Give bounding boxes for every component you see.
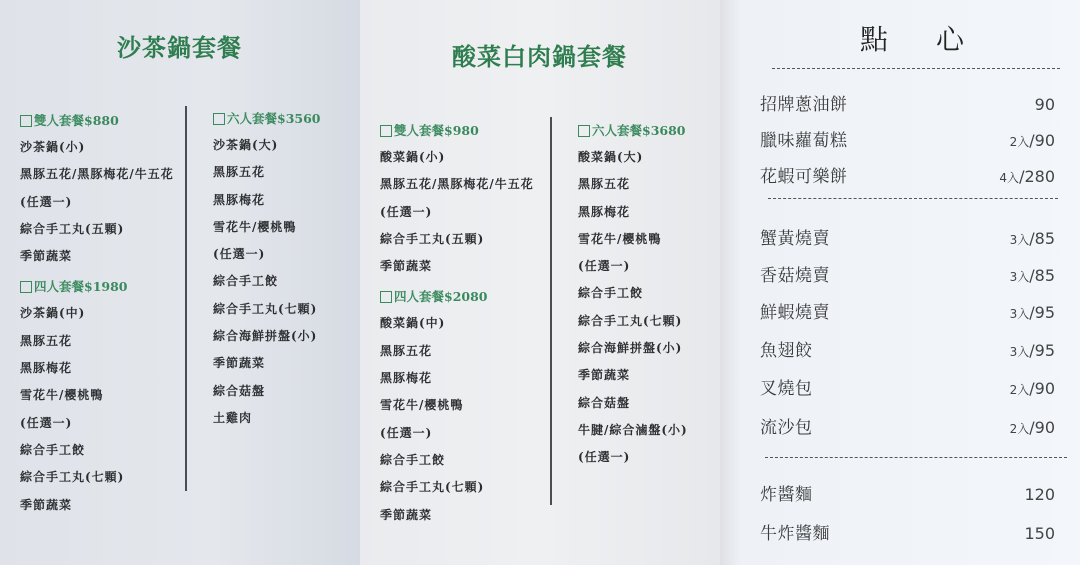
column-divider	[550, 117, 552, 505]
menu-item: 酸菜鍋(小)	[380, 144, 534, 171]
menu-item: 綜合手工丸(七顆)	[380, 474, 534, 501]
menu-item: 黑豚五花/黑豚梅花/牛五花	[380, 171, 534, 198]
menu-panel-sauerkraut-hotpot: 酸菜白肉鍋套餐 雙人套餐$980 酸菜鍋(小) 黑豚五花/黑豚梅花/牛五花 (任…	[360, 0, 720, 565]
menu-item: (任選一)	[213, 241, 321, 268]
panel-title: 點心	[860, 18, 1012, 58]
menu-item: 綜合菇盤	[213, 378, 321, 405]
menu-item: 土雞肉	[213, 405, 321, 432]
right-column: 六人套餐$3560 沙茶鍋(大) 黑豚五花 黑豚梅花 雪花牛/櫻桃鴨 (任選一)…	[213, 106, 321, 432]
menu-item: 魚翅餃 3入/95	[760, 336, 1055, 361]
menu-item: 花蝦可樂餅 4入/280	[760, 162, 1055, 187]
right-column: 六人套餐$3680 酸菜鍋(大) 黑豚五花 黑豚梅花 雪花牛/櫻桃鴨 (任選一)…	[578, 118, 688, 472]
menu-item: 黑豚梅花	[20, 355, 174, 382]
menu-item: 臘味蘿蔔糕 2入/90	[760, 126, 1055, 151]
menu-item: 流沙包 2入/90	[760, 413, 1055, 438]
menu-item: 黑豚五花	[213, 159, 321, 186]
menu-item: 黑豚梅花	[380, 365, 534, 392]
menu-item: 黑豚五花/黑豚梅花/牛五花	[20, 161, 174, 188]
left-column: 雙人套餐$880 沙茶鍋(小) 黑豚五花/黑豚梅花/牛五花 (任選一) 綜合手工…	[20, 108, 174, 519]
menu-item: 牛腱/綜合滷盤(小)	[578, 417, 688, 444]
menu-item: 季節蔬菜	[578, 362, 688, 389]
menu-item: 酸菜鍋(中)	[380, 310, 534, 337]
column-divider	[185, 106, 187, 491]
menu-item: 季節蔬菜	[380, 502, 534, 529]
menu-item: 綜合手工餃	[20, 437, 174, 464]
menu-item: 黑豚五花	[578, 171, 688, 198]
set-header-4p: 四人套餐$1980	[20, 274, 174, 300]
dashed-divider	[765, 457, 1067, 458]
panel-title: 酸菜白肉鍋套餐	[452, 37, 627, 72]
dashed-divider	[768, 198, 1058, 199]
dashed-divider	[772, 68, 1060, 69]
menu-item: (任選一)	[578, 253, 688, 280]
menu-item: 季節蔬菜	[380, 253, 534, 280]
menu-item: 牛炸醬麵 150	[760, 519, 1055, 544]
menu-item: 鮮蝦燒賣 3入/95	[760, 298, 1055, 323]
menu-item: 沙茶鍋(小)	[20, 134, 174, 161]
menu-item: 季節蔬菜	[20, 243, 174, 270]
menu-item: 綜合菇盤	[578, 390, 688, 417]
menu-item: 雪花牛/櫻桃鴨	[578, 226, 688, 253]
menu-item: 酸菜鍋(大)	[578, 144, 688, 171]
menu-panel-shacha-hotpot: 沙茶鍋套餐 雙人套餐$880 沙茶鍋(小) 黑豚五花/黑豚梅花/牛五花 (任選一…	[0, 0, 360, 565]
menu-item: 綜合手工丸(七顆)	[20, 464, 174, 491]
menu-item: (任選一)	[380, 199, 534, 226]
menu-item: 綜合手工餃	[578, 280, 688, 307]
menu-item: 綜合手工餃	[213, 268, 321, 295]
menu-item: 叉燒包 2入/90	[760, 374, 1055, 399]
menu-item: 綜合海鮮拼盤(小)	[578, 335, 688, 362]
menu-item: 綜合手工丸(七顆)	[213, 296, 321, 323]
set-header-6p: 六人套餐$3560	[213, 106, 321, 132]
menu-item: 雪花牛/櫻桃鴨	[213, 214, 321, 241]
menu-item: 綜合手工丸(五顆)	[20, 216, 174, 243]
menu-item: 綜合手工丸(七顆)	[578, 308, 688, 335]
menu-item: (任選一)	[380, 420, 534, 447]
menu-item: 季節蔬菜	[20, 492, 174, 519]
checkbox-icon	[380, 125, 392, 137]
menu-item: 招牌蔥油餅 90	[760, 90, 1055, 115]
menu-item: 綜合手工丸(五顆)	[380, 226, 534, 253]
checkbox-icon	[20, 281, 32, 293]
menu-item: 綜合海鮮拼盤(小)	[213, 323, 321, 350]
checkbox-icon	[213, 113, 225, 125]
menu-item: 沙茶鍋(中)	[20, 300, 174, 327]
menu-item: 香菇燒賣 3入/85	[760, 261, 1055, 286]
set-header-2p: 雙人套餐$880	[20, 108, 174, 134]
menu-item: 季節蔬菜	[213, 350, 321, 377]
checkbox-icon	[20, 115, 32, 127]
menu-item: (任選一)	[578, 444, 688, 471]
menu-item: 黑豚梅花	[578, 199, 688, 226]
menu-item: (任選一)	[20, 410, 174, 437]
menu-item: 蟹黃燒賣 3入/85	[760, 224, 1055, 249]
checkbox-icon	[380, 291, 392, 303]
checkbox-icon	[578, 125, 590, 137]
panel-title: 沙茶鍋套餐	[117, 28, 242, 63]
menu-item: 綜合手工餃	[380, 447, 534, 474]
left-column: 雙人套餐$980 酸菜鍋(小) 黑豚五花/黑豚梅花/牛五花 (任選一) 綜合手工…	[380, 118, 534, 529]
menu-panel-dim-sum: 點心 招牌蔥油餅 90 臘味蘿蔔糕 2入/90 花蝦可樂餅 4入/280 蟹黃燒…	[720, 0, 1080, 565]
menu-item: (任選一)	[20, 189, 174, 216]
menu-item: 炸醬麵 120	[760, 480, 1055, 505]
menu-item: 沙茶鍋(大)	[213, 132, 321, 159]
menu-item: 黑豚梅花	[213, 187, 321, 214]
set-header-6p: 六人套餐$3680	[578, 118, 688, 144]
menu-item: 雪花牛/櫻桃鴨	[20, 382, 174, 409]
set-header-2p: 雙人套餐$980	[380, 118, 534, 144]
set-header-4p: 四人套餐$2080	[380, 284, 534, 310]
menu-item: 黑豚五花	[20, 328, 174, 355]
menu-item: 黑豚五花	[380, 338, 534, 365]
menu-item: 雪花牛/櫻桃鴨	[380, 392, 534, 419]
